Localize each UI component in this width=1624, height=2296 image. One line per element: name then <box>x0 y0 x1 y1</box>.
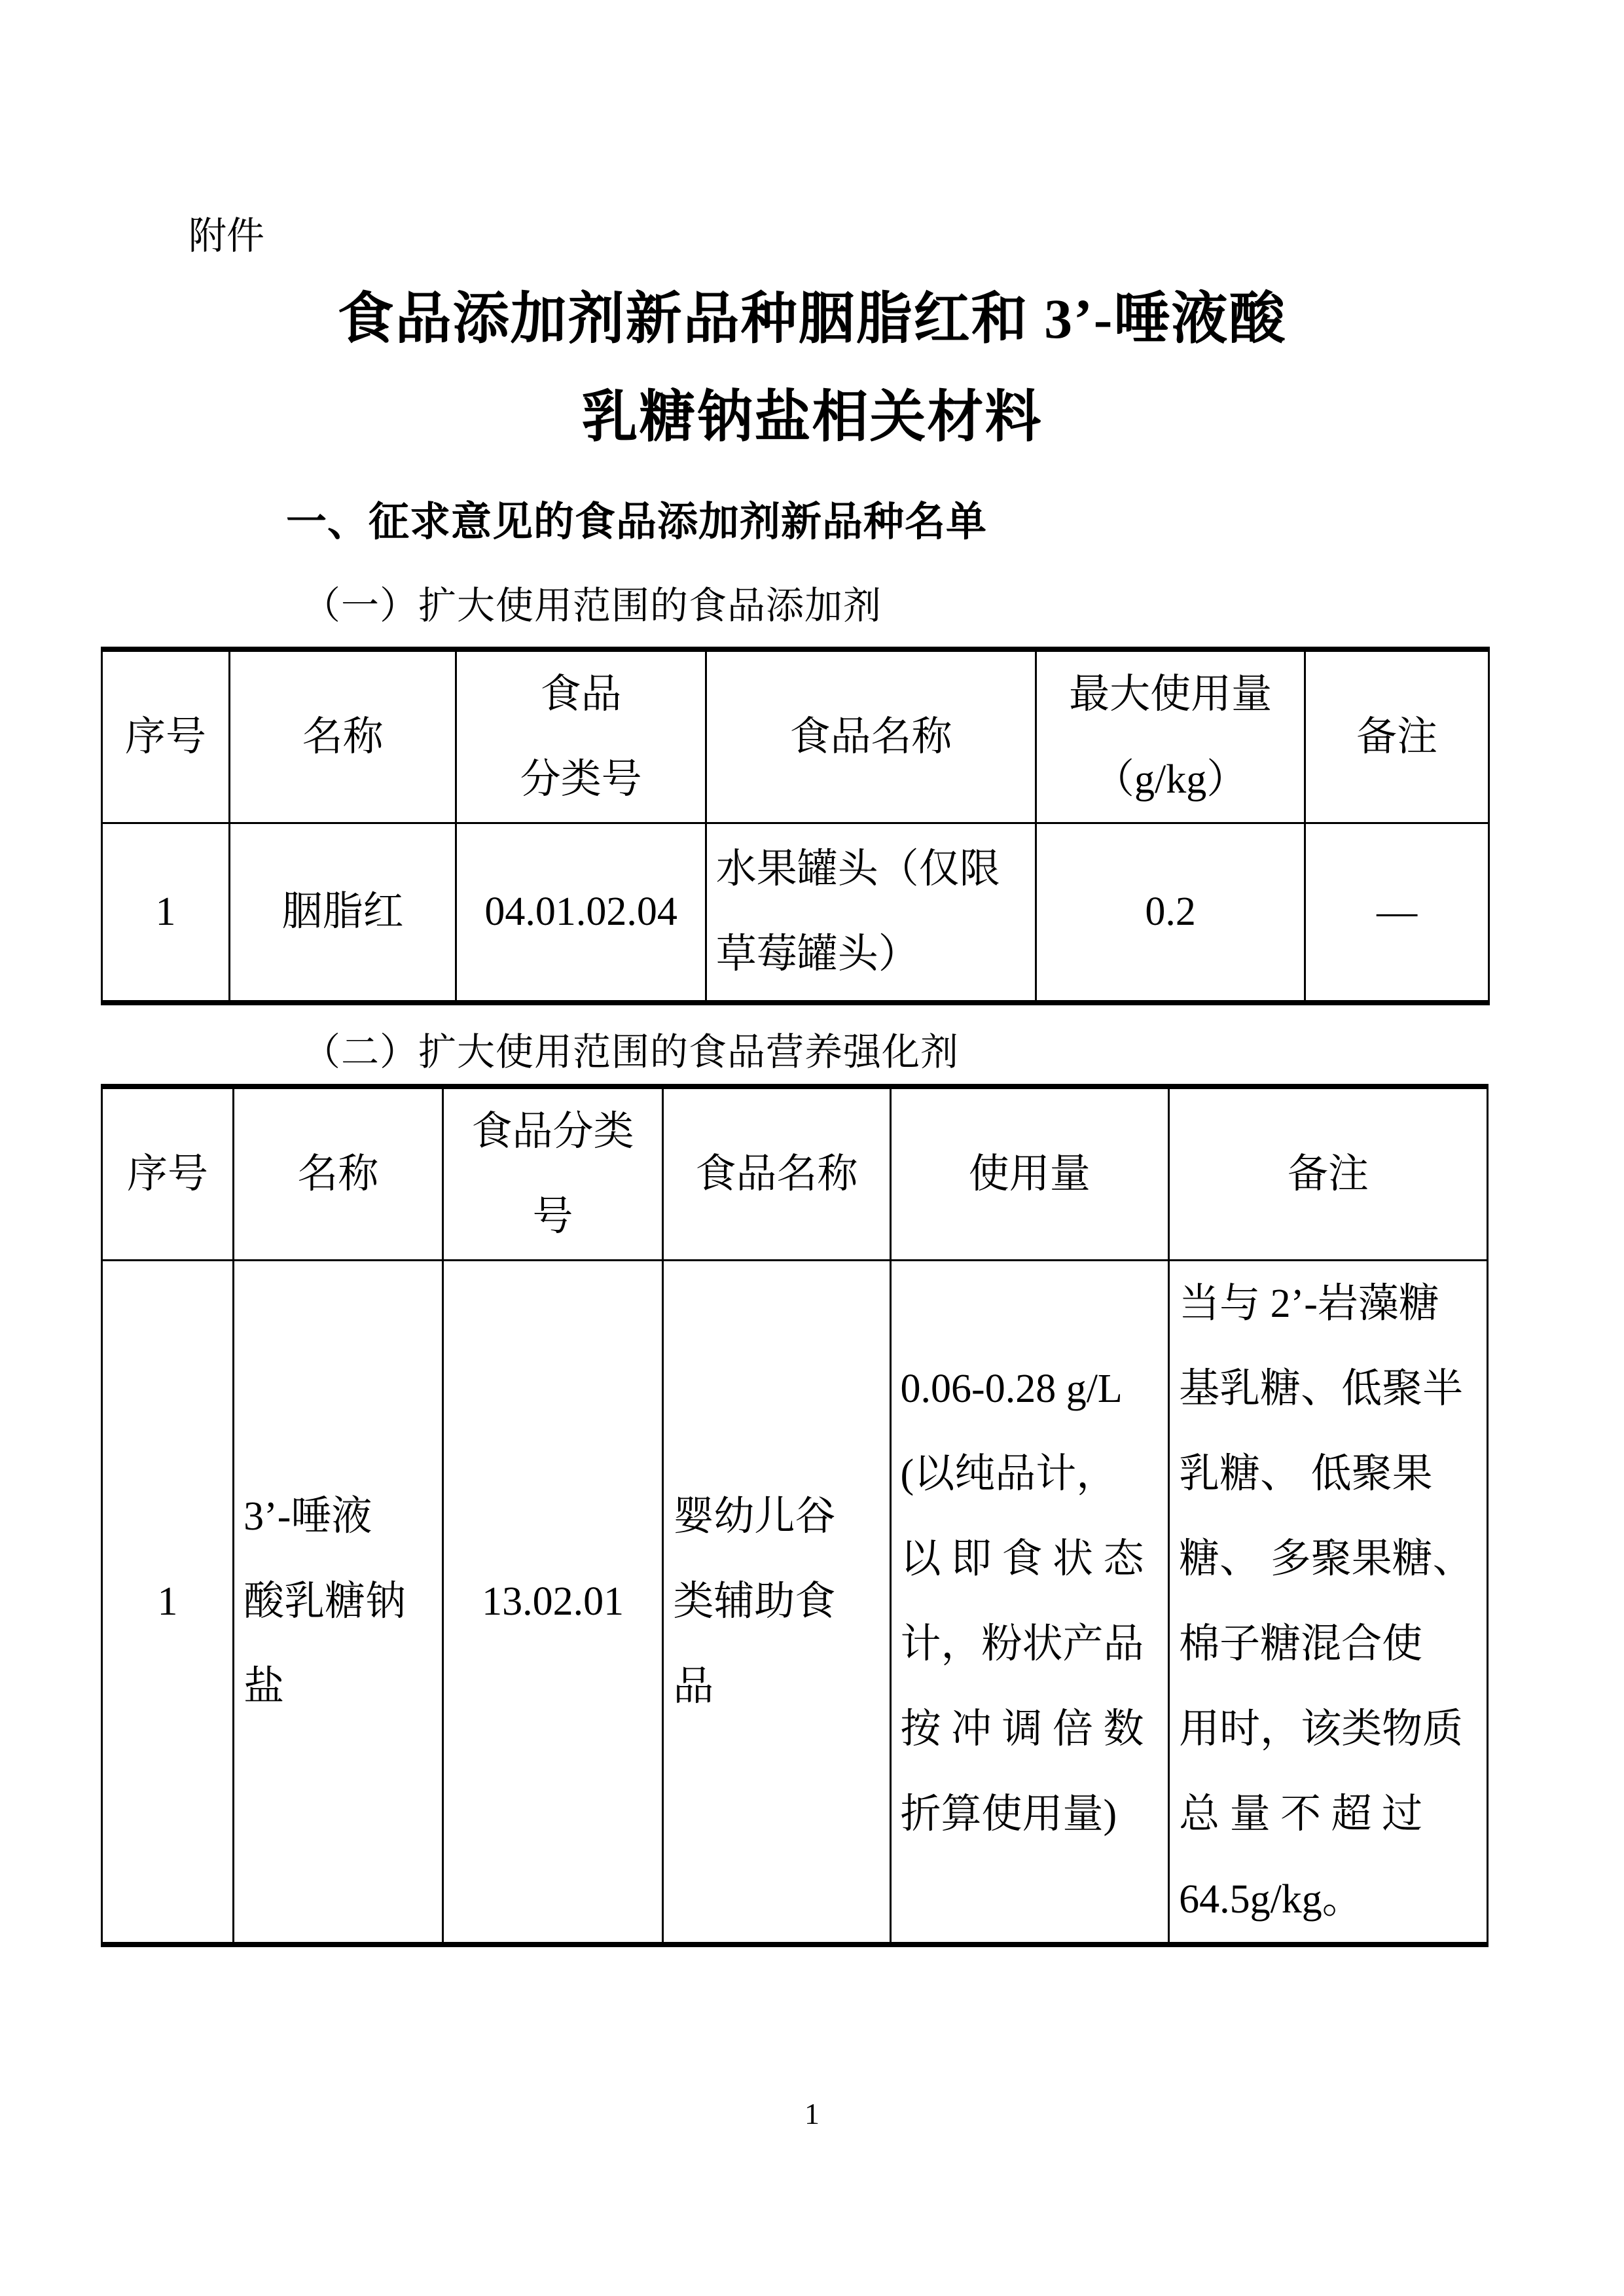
page-number: 1 <box>0 2094 1624 2134</box>
t1-header-food-name: 食品名称 <box>706 649 1036 823</box>
t2-header-name: 名称 <box>234 1086 443 1261</box>
t1-header-max-usage: 最大使用量 （g/kg） <box>1036 649 1305 823</box>
t1-header-index: 序号 <box>102 649 230 823</box>
t1-cell-food-name: 水果罐头（仅限 草莓罐头） <box>706 823 1036 1003</box>
t1-cell-remark: — <box>1305 823 1489 1003</box>
document-title: 食品添加剂新品种胭脂红和 3’-唾液酸 乳糖钠盐相关材料 <box>0 270 1624 466</box>
t2-header-category-no: 食品分类 号 <box>442 1086 663 1261</box>
document-title-line-2: 乳糖钠盐相关材料 <box>0 368 1624 466</box>
fortifiers-table-wrapper: 序号 名称 食品分类 号 食品名称 使用量 备注 1 3’-唾液 酸乳糖钠 盐 … <box>101 1084 1489 1947</box>
additives-table-row: 1 胭脂红 04.01.02.04 水果罐头（仅限 草莓罐头） 0.2 — <box>102 823 1489 1003</box>
fortifiers-table-header-row: 序号 名称 食品分类 号 食品名称 使用量 备注 <box>102 1086 1488 1261</box>
t2-cell-food-name: 婴幼儿谷 类辅助食 品 <box>663 1261 890 1945</box>
t2-header-index: 序号 <box>102 1086 234 1261</box>
t2-cell-category-no: 13.02.01 <box>442 1261 663 1945</box>
attachment-label: 附件 <box>189 211 264 262</box>
t2-cell-index: 1 <box>102 1261 234 1945</box>
t1-cell-index: 1 <box>102 823 230 1003</box>
t2-cell-name: 3’-唾液 酸乳糖钠 盐 <box>234 1261 443 1945</box>
table-1-caption: （一）扩大使用范围的食品添加剂 <box>302 581 882 631</box>
section-heading: 一、征求意见的食品添加剂新品种名单 <box>286 496 987 548</box>
t1-cell-name: 胭脂红 <box>229 823 456 1003</box>
t2-header-food-name: 食品名称 <box>663 1086 890 1261</box>
document-page: { "page": { "attachment_label": "附件", "t… <box>0 0 1624 2296</box>
t1-header-remark: 备注 <box>1305 649 1489 823</box>
additives-table: 序号 名称 食品 分类号 食品名称 最大使用量 （g/kg） 备注 1 胭脂红 … <box>101 647 1490 1005</box>
t1-header-category-no: 食品 分类号 <box>456 649 706 823</box>
additives-table-wrapper: 序号 名称 食品 分类号 食品名称 最大使用量 （g/kg） 备注 1 胭脂红 … <box>101 647 1490 1005</box>
t2-cell-usage: 0.06-0.28 g/L (以纯品计， 以 即 食 状 态 计，粉状产品 按 … <box>890 1261 1169 1945</box>
t1-header-name: 名称 <box>229 649 456 823</box>
fortifiers-table-row: 1 3’-唾液 酸乳糖钠 盐 13.02.01 婴幼儿谷 类辅助食 品 0.06… <box>102 1261 1488 1945</box>
document-title-line-1: 食品添加剂新品种胭脂红和 3’-唾液酸 <box>0 270 1624 368</box>
fortifiers-table: 序号 名称 食品分类 号 食品名称 使用量 备注 1 3’-唾液 酸乳糖钠 盐 … <box>101 1084 1489 1947</box>
table-2-caption: （二）扩大使用范围的食品营养强化剂 <box>302 1028 959 1077</box>
t2-header-remark: 备注 <box>1169 1086 1488 1261</box>
t2-header-usage: 使用量 <box>890 1086 1169 1261</box>
t1-cell-category-no: 04.01.02.04 <box>456 823 706 1003</box>
t1-cell-max-usage: 0.2 <box>1036 823 1305 1003</box>
additives-table-header-row: 序号 名称 食品 分类号 食品名称 最大使用量 （g/kg） 备注 <box>102 649 1489 823</box>
t2-cell-remark: 当与 2’-岩藻糖 基乳糖、低聚半 乳糖、 低聚果 糖、 多聚果糖、 棉子糖混合… <box>1169 1261 1488 1945</box>
